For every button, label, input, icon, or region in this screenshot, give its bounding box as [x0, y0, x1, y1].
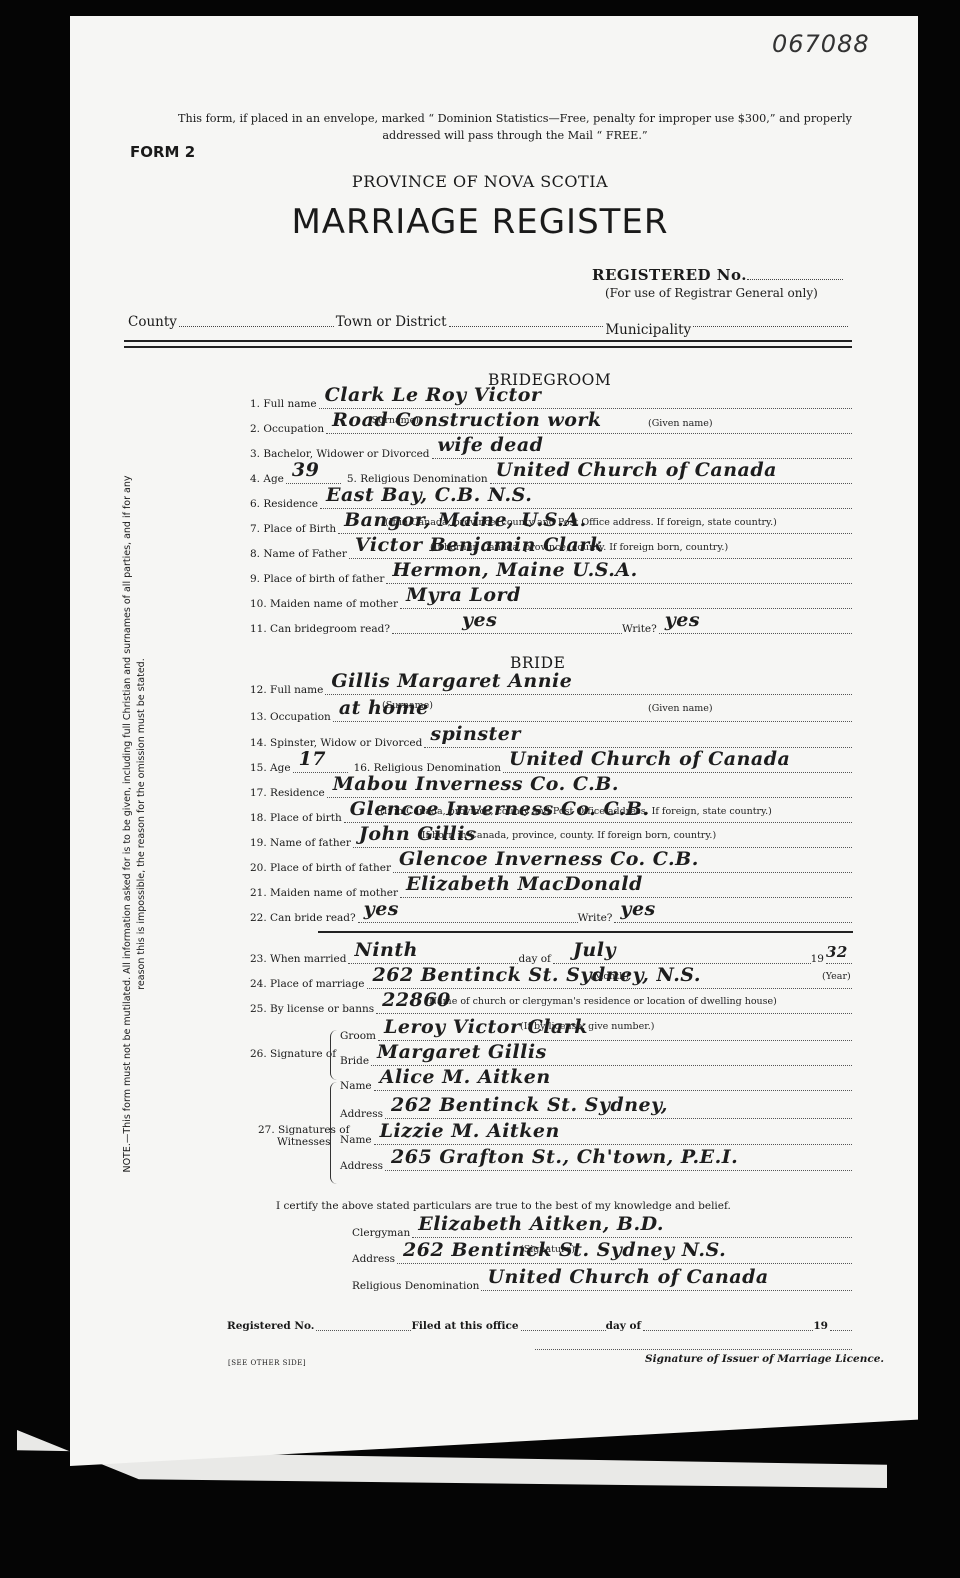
field-label: Write? [622, 623, 657, 638]
header-divider [124, 340, 852, 348]
groom-mother-maiden-row: 10. Maiden name of mother Myra Lord [250, 589, 852, 613]
field-label: 24. Place of marriage [250, 978, 365, 993]
field-label: Name [340, 1134, 372, 1149]
field-value: wife dead [438, 434, 544, 456]
municipality-label: Municipality [605, 322, 691, 338]
license-row: 25. By license or banns 22860 [250, 994, 852, 1018]
field-label: day of [606, 1320, 641, 1335]
field-value: yes [620, 898, 655, 920]
witness-2-address-field[interactable]: 265 Grafton St., Ch'town, P.E.I. [385, 1170, 852, 1171]
filing-month-field[interactable] [643, 1330, 813, 1331]
clergyman-address-field[interactable]: 262 Bentinck St. Sydney N.S. [397, 1263, 852, 1264]
field-value: Alice M. Aitken [380, 1066, 551, 1088]
bride-mother-maiden-row: 21. Maiden name of mother Elizabeth MacD… [250, 878, 852, 902]
field-value: United Church of Canada [509, 748, 790, 770]
field-value: Gillis Margaret Annie [331, 670, 572, 692]
field-value: Margaret Gillis [377, 1041, 547, 1063]
field-label: Clergyman [352, 1227, 410, 1242]
postal-notice: This form, if placed in an envelope, mar… [150, 110, 880, 144]
field-value: 262 Bentinck St. Sydney, [391, 1094, 668, 1116]
province-heading: PROVINCE OF NOVA SCOTIA [0, 172, 960, 191]
field-label: 15. Age [250, 762, 291, 777]
issuer-signature-line[interactable] [535, 1349, 852, 1350]
bride-can-read-field[interactable]: yes [358, 922, 578, 923]
town-label: Town or District [336, 314, 447, 330]
field-value: Road Construction work [332, 409, 601, 431]
field-value: 262 Bentinck St. Sydney N.S. [403, 1239, 726, 1261]
field-value: Victor Benjamin Clark [355, 534, 604, 556]
field-value: Lizzie M. Aitken [380, 1120, 560, 1142]
form-number: FORM 2 [130, 143, 195, 161]
witness-1-name-row: Name Alice M. Aitken [340, 1071, 852, 1095]
page-title: MARRIAGE REGISTER [0, 202, 960, 242]
field-label: Bride [340, 1055, 369, 1070]
field-label: Registered No. [227, 1320, 314, 1335]
field-value: Hermon, Maine U.S.A. [392, 559, 637, 581]
serial-number: 067088 [772, 30, 870, 58]
field-label: 7. Place of Birth [250, 523, 336, 538]
registered-number-field[interactable]: REGISTERED No. [592, 266, 843, 284]
field-value: Elizabeth Aitken, B.D. [418, 1213, 664, 1235]
registered-number-blank[interactable] [747, 279, 843, 280]
groom-can-write-field[interactable]: yes [659, 633, 852, 634]
clergyman-signature-field[interactable]: Elizabeth Aitken, B.D. [412, 1237, 852, 1238]
field-value: United Church of Canada [487, 1266, 768, 1288]
field-value: Glencoe Inverness Co. C.B. [350, 798, 650, 820]
witnesses-brace [330, 1082, 337, 1184]
field-value: John Gillis [359, 823, 476, 845]
field-label: Groom [340, 1030, 376, 1045]
field-label: Address [340, 1108, 383, 1123]
field-value: yes [665, 609, 700, 631]
clergyman-denomination-row: Religious Denomination United Church of … [352, 1271, 852, 1295]
field-value: Clark Le Roy Victor [325, 384, 542, 406]
certification-statement: I certify the above stated particulars a… [276, 1200, 731, 1212]
field-label: 25. By license or banns [250, 1003, 374, 1018]
field-label: 6. Residence [250, 498, 318, 513]
bride-full-name-row: 12. Full name Gillis Margaret Annie [250, 675, 852, 699]
field-value: Myra Lord [406, 584, 521, 606]
county-label: County [128, 314, 177, 330]
bride-occupation-row: 13. Occupation at home [250, 702, 852, 726]
groom-occupation-row: 2. Occupation Road Construction work [250, 414, 852, 438]
field-value: United Church of Canada [496, 459, 777, 481]
groom-literacy-row: 11. Can bridegroom read? yes Write? yes [250, 614, 852, 638]
field-label: 3. Bachelor, Widower or Divorced [250, 448, 430, 463]
field-label: 10. Maiden name of mother [250, 598, 398, 613]
side-note: NOTE.—This form must not be mutilated. A… [121, 474, 149, 1174]
field-label: 8. Name of Father [250, 548, 347, 563]
field-value: yes [462, 609, 497, 631]
witness-2-address-row: Address 265 Grafton St., Ch'town, P.E.I. [340, 1151, 852, 1175]
field-value: 32 [826, 943, 848, 961]
witness-1-name-field[interactable]: Alice M. Aitken [374, 1090, 852, 1091]
bride-section-divider [318, 931, 853, 933]
groom-occupation-field[interactable]: Road Construction work [326, 433, 852, 434]
field-value: 17 [299, 748, 326, 770]
field-value: Mabou Inverness Co. C.B. [333, 773, 619, 795]
bride-literacy-row: 22. Can bride read? yes Write? yes [250, 903, 852, 927]
field-label: 19. Name of father [250, 837, 351, 852]
field-label: Address [340, 1160, 383, 1175]
field-label: 13. Occupation [250, 711, 331, 726]
license-number-field[interactable]: 22860 [376, 1013, 852, 1014]
filing-row: Registered No. Filed at this office day … [227, 1311, 852, 1335]
field-value: July [573, 939, 616, 961]
marriage-year-field[interactable]: 32 [826, 963, 852, 964]
witness-2-name-field[interactable]: Lizzie M. Aitken [374, 1144, 852, 1145]
year-prefix: 19 [813, 1320, 828, 1335]
witness-1-address-field[interactable]: 262 Bentinck St. Sydney, [385, 1118, 852, 1119]
field-value: Elizabeth MacDonald [406, 873, 643, 895]
filing-registered-no-field[interactable] [316, 1330, 411, 1331]
field-value: yes [364, 898, 399, 920]
clergyman-address-row: Address 262 Bentinck St. Sydney N.S. [352, 1244, 852, 1268]
field-value: East Bay, C.B. N.S. [326, 484, 532, 506]
signature-of-label: 26. Signature of [250, 1048, 336, 1060]
field-label: 9. Place of birth of father [250, 573, 384, 588]
field-value: at home [339, 697, 429, 719]
witnesses-label-line2: Witnesses [277, 1136, 331, 1148]
bride-occupation-field[interactable]: at home [333, 721, 852, 722]
see-other-side-note: [SEE OTHER SIDE] [228, 1359, 306, 1367]
field-label: Religious Denomination [352, 1280, 479, 1295]
field-label: Filed at this office [411, 1320, 518, 1335]
groom-can-read-field[interactable]: yes [392, 633, 622, 634]
county-field[interactable] [179, 326, 334, 327]
field-label: Address [352, 1253, 395, 1268]
clergyman-denomination-field[interactable]: United Church of Canada [481, 1290, 852, 1291]
bride-full-name-field[interactable]: Gillis Margaret Annie [325, 694, 852, 695]
location-row: County Town or District Municipality [128, 314, 850, 330]
signature-brace [330, 1030, 337, 1080]
field-label: 12. Full name [250, 684, 323, 699]
issuer-signature-label: Signature of Issuer of Marriage Licence. [645, 1353, 884, 1365]
field-label: Write? [578, 912, 613, 927]
town-field[interactable] [449, 326, 604, 327]
field-label: 23. When married [250, 953, 346, 968]
field-label: 18. Place of birth [250, 812, 342, 827]
filing-year-field[interactable] [830, 1330, 852, 1331]
field-label: 1. Full name [250, 398, 317, 413]
field-label: 2. Occupation [250, 423, 324, 438]
field-value: 22860 [382, 989, 451, 1011]
field-label: 22. Can bride read? [250, 912, 356, 927]
field-value: Ninth [354, 939, 418, 961]
field-value: Glencoe Inverness Co. C.B. [399, 848, 699, 870]
field-value: Leroy Victor Clark [384, 1016, 588, 1038]
groom-religion-field[interactable]: United Church of Canada [490, 483, 852, 484]
field-label: 4. Age [250, 473, 284, 488]
field-label: Name [340, 1080, 372, 1095]
field-label: 14. Spinster, Widow or Divorced [250, 737, 422, 752]
year-prefix: 19 [811, 953, 824, 968]
field-value: 39 [292, 459, 319, 481]
field-label: 11. Can bridegroom read? [250, 623, 390, 638]
field-label: 17. Residence [250, 787, 325, 802]
bride-can-write-field[interactable]: yes [614, 922, 852, 923]
municipality-field[interactable] [693, 326, 848, 327]
filing-day-field[interactable] [521, 1330, 606, 1331]
registered-number-label: REGISTERED No. [592, 266, 747, 284]
bride-birthplace-row: 18. Place of birth Glencoe Inverness Co.… [250, 803, 852, 827]
place-of-marriage-row: 24. Place of marriage 262 Bentinck St. S… [250, 969, 852, 993]
field-value: Bangor, Maine, U.S.A. [344, 509, 587, 531]
field-label: 20. Place of birth of father [250, 862, 391, 877]
registered-number-note: (For use of Registrar General only) [605, 286, 818, 300]
field-value: 265 Grafton St., Ch'town, P.E.I. [391, 1146, 738, 1168]
groom-father-birthplace-row: 9. Place of birth of father Hermon, Main… [250, 564, 852, 588]
field-value: 262 Bentinck St. Sydney, N.S. [373, 964, 701, 986]
field-value: spinster [430, 723, 521, 745]
